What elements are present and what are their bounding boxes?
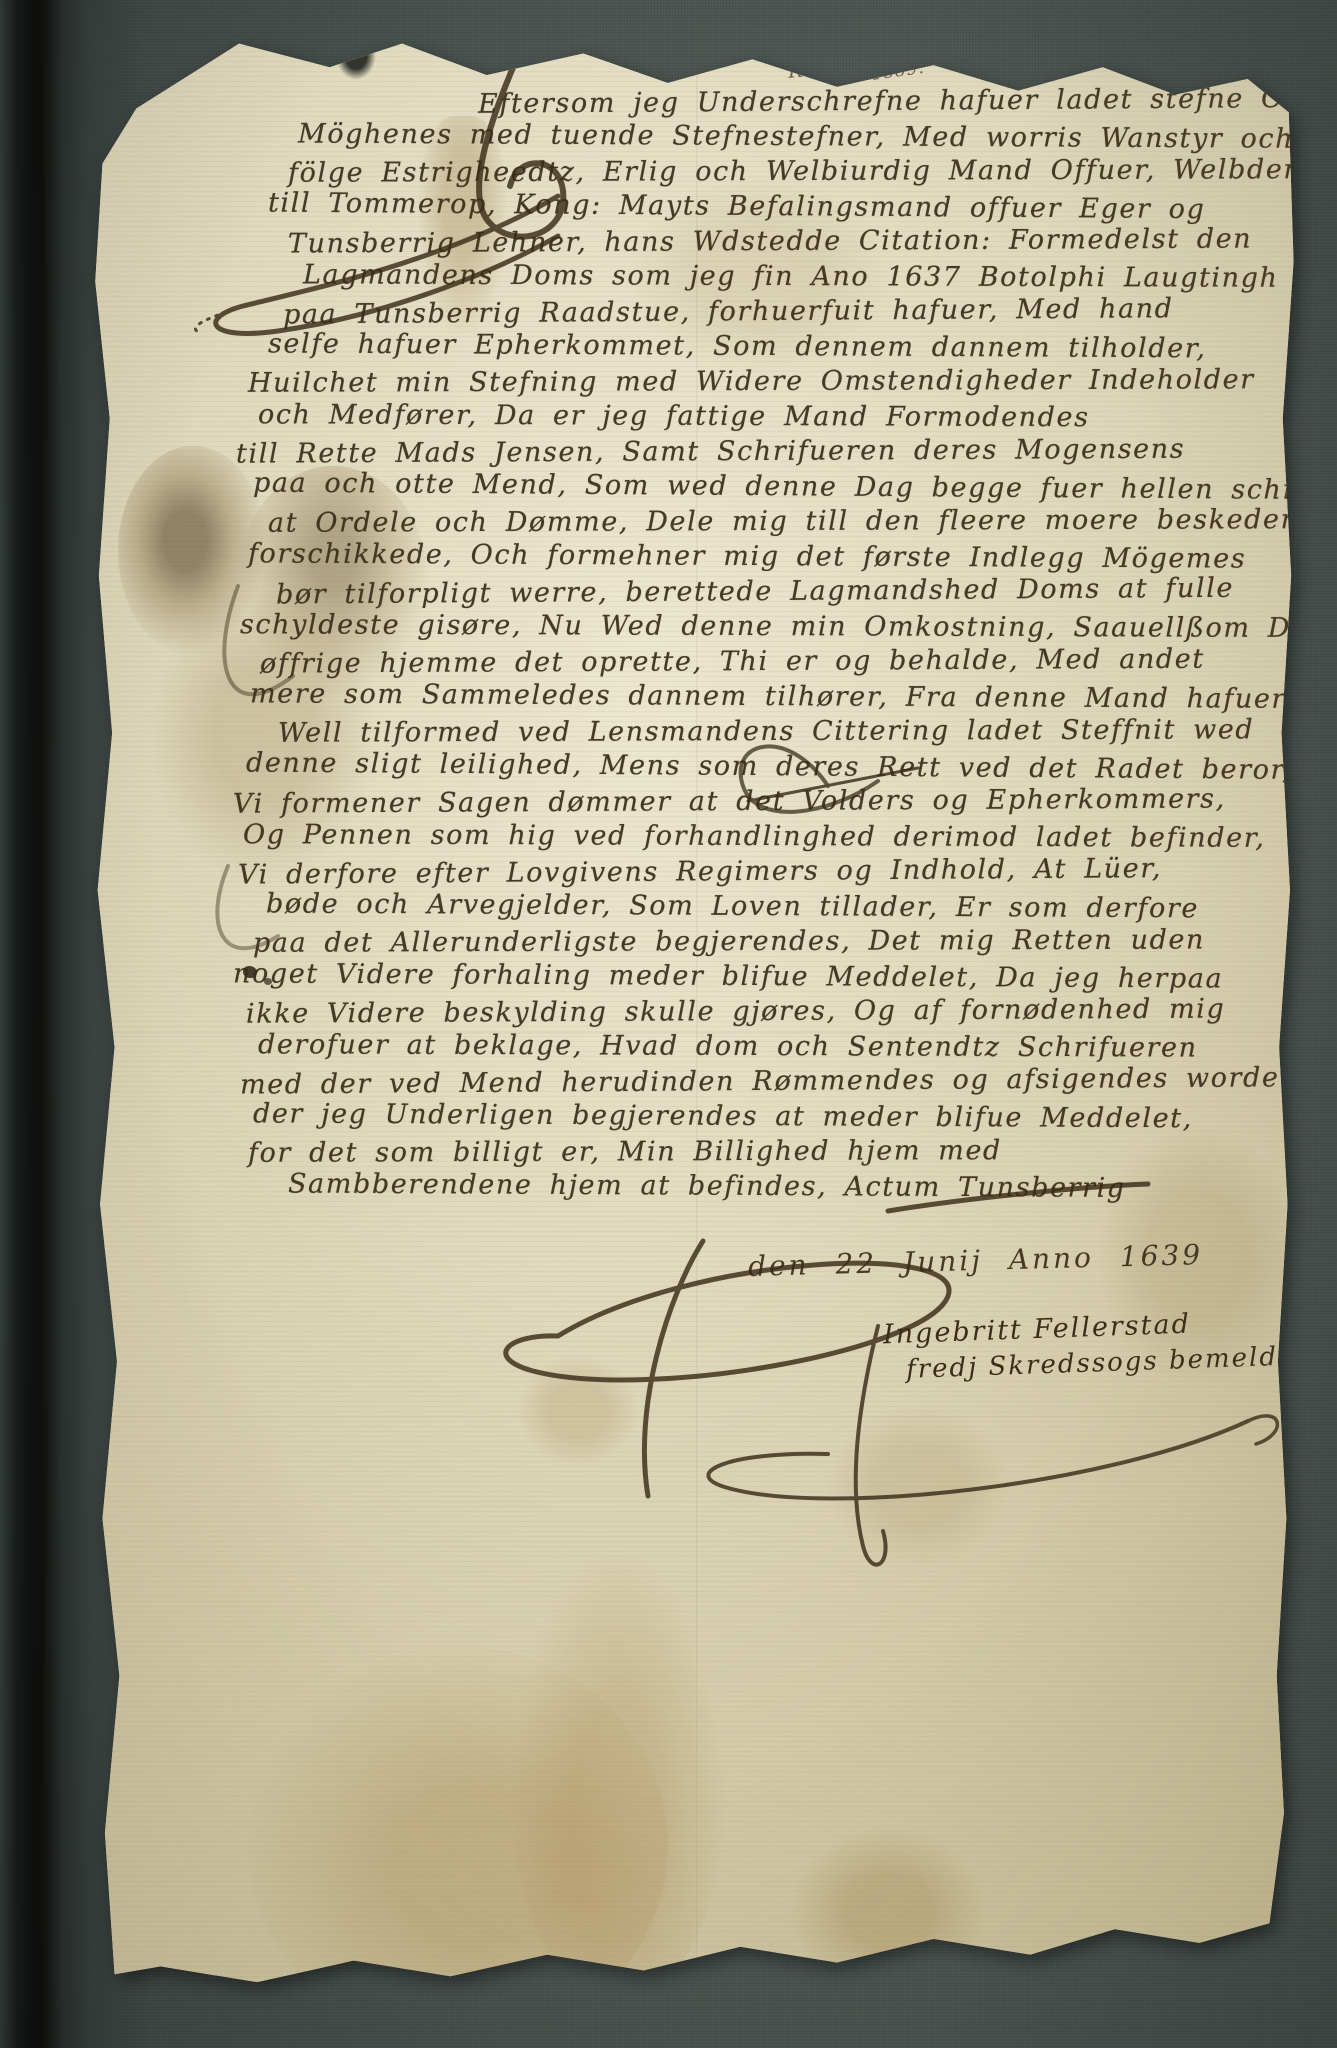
paper-edge-vignette <box>88 26 1296 1990</box>
archival-number: 135. <box>871 41 919 66</box>
manuscript-page: Rit Jlu. 135. 1889. Eftersom jeg Undersc… <box>88 26 1296 1990</box>
manuscript-sheet-wrapper: Rit Jlu. 135. 1889. Eftersom jeg Undersc… <box>88 26 1296 1990</box>
